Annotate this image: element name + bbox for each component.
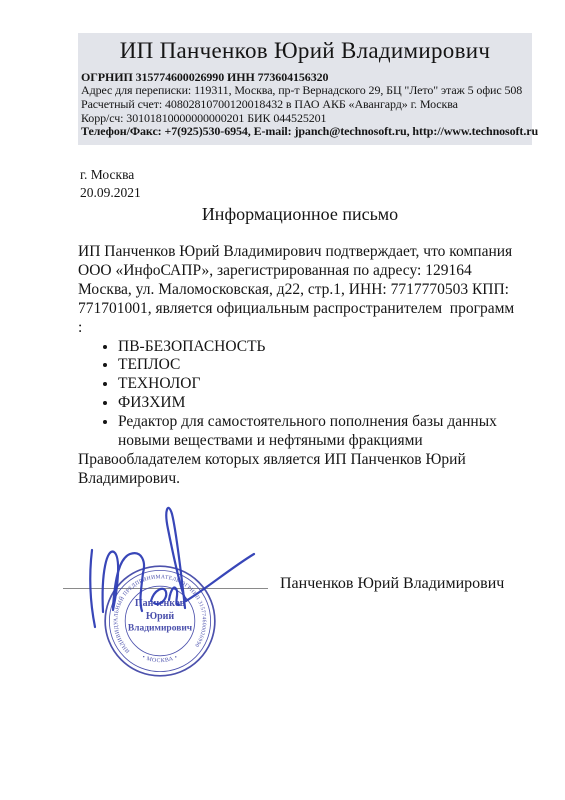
signature-stroke xyxy=(169,588,179,605)
letterhead-contacts: Телефон/Факс: +7(925)530-6954, E-mail: j… xyxy=(78,125,532,139)
letterhead-title: ИП Панченков Юрий Владимирович xyxy=(78,37,532,66)
letter-meta: г. Москва 20.09.2021 xyxy=(80,166,141,202)
letterhead-address: Адрес для переписки: 119311, Москва, пр-… xyxy=(78,84,532,98)
signature-stroke xyxy=(90,550,95,627)
letter-outro: Правообладателем которых является ИП Пан… xyxy=(78,451,521,489)
products-list: ПВ-БЕЗОПАСНОСТЬТЕПЛОСТЕХНОЛОГФИЗХИМРедак… xyxy=(78,338,521,451)
product-item: ТЕХНОЛОГ xyxy=(118,375,521,394)
letterhead-corr-account: Корр/сч: 30101810000000000201 БИК 044525… xyxy=(78,112,532,126)
letterhead-ogrn-inn: ОГРНИП 315774600026990 ИНН 773604156320 xyxy=(78,71,532,85)
letterhead-account: Расчетный счет: 40802810700120018432 в П… xyxy=(78,98,532,112)
signature-stroke xyxy=(186,554,254,601)
letter-date: 20.09.2021 xyxy=(80,184,141,202)
product-item: ПВ-БЕЗОПАСНОСТЬ xyxy=(118,338,521,357)
product-item: Редактор для самостоятельного пополнения… xyxy=(118,413,521,451)
product-item: ТЕПЛОС xyxy=(118,356,521,375)
document-page: ИП Панченков Юрий Владимирович ОГРНИП 31… xyxy=(0,0,565,800)
signatory-name: Панченков Юрий Владимирович xyxy=(280,575,504,593)
letterhead: ИП Панченков Юрий Владимирович ОГРНИП 31… xyxy=(78,33,532,145)
letter-body: ИП Панченков Юрий Владимирович подтвержд… xyxy=(78,243,521,489)
handwritten-signature xyxy=(55,500,275,670)
product-item: ФИЗХИМ xyxy=(118,394,521,413)
letter-title: Информационное письмо xyxy=(80,204,520,225)
letter-city: г. Москва xyxy=(80,166,141,184)
letter-intro: ИП Панченков Юрий Владимирович подтвержд… xyxy=(78,243,521,338)
signature-stroke xyxy=(151,589,166,604)
